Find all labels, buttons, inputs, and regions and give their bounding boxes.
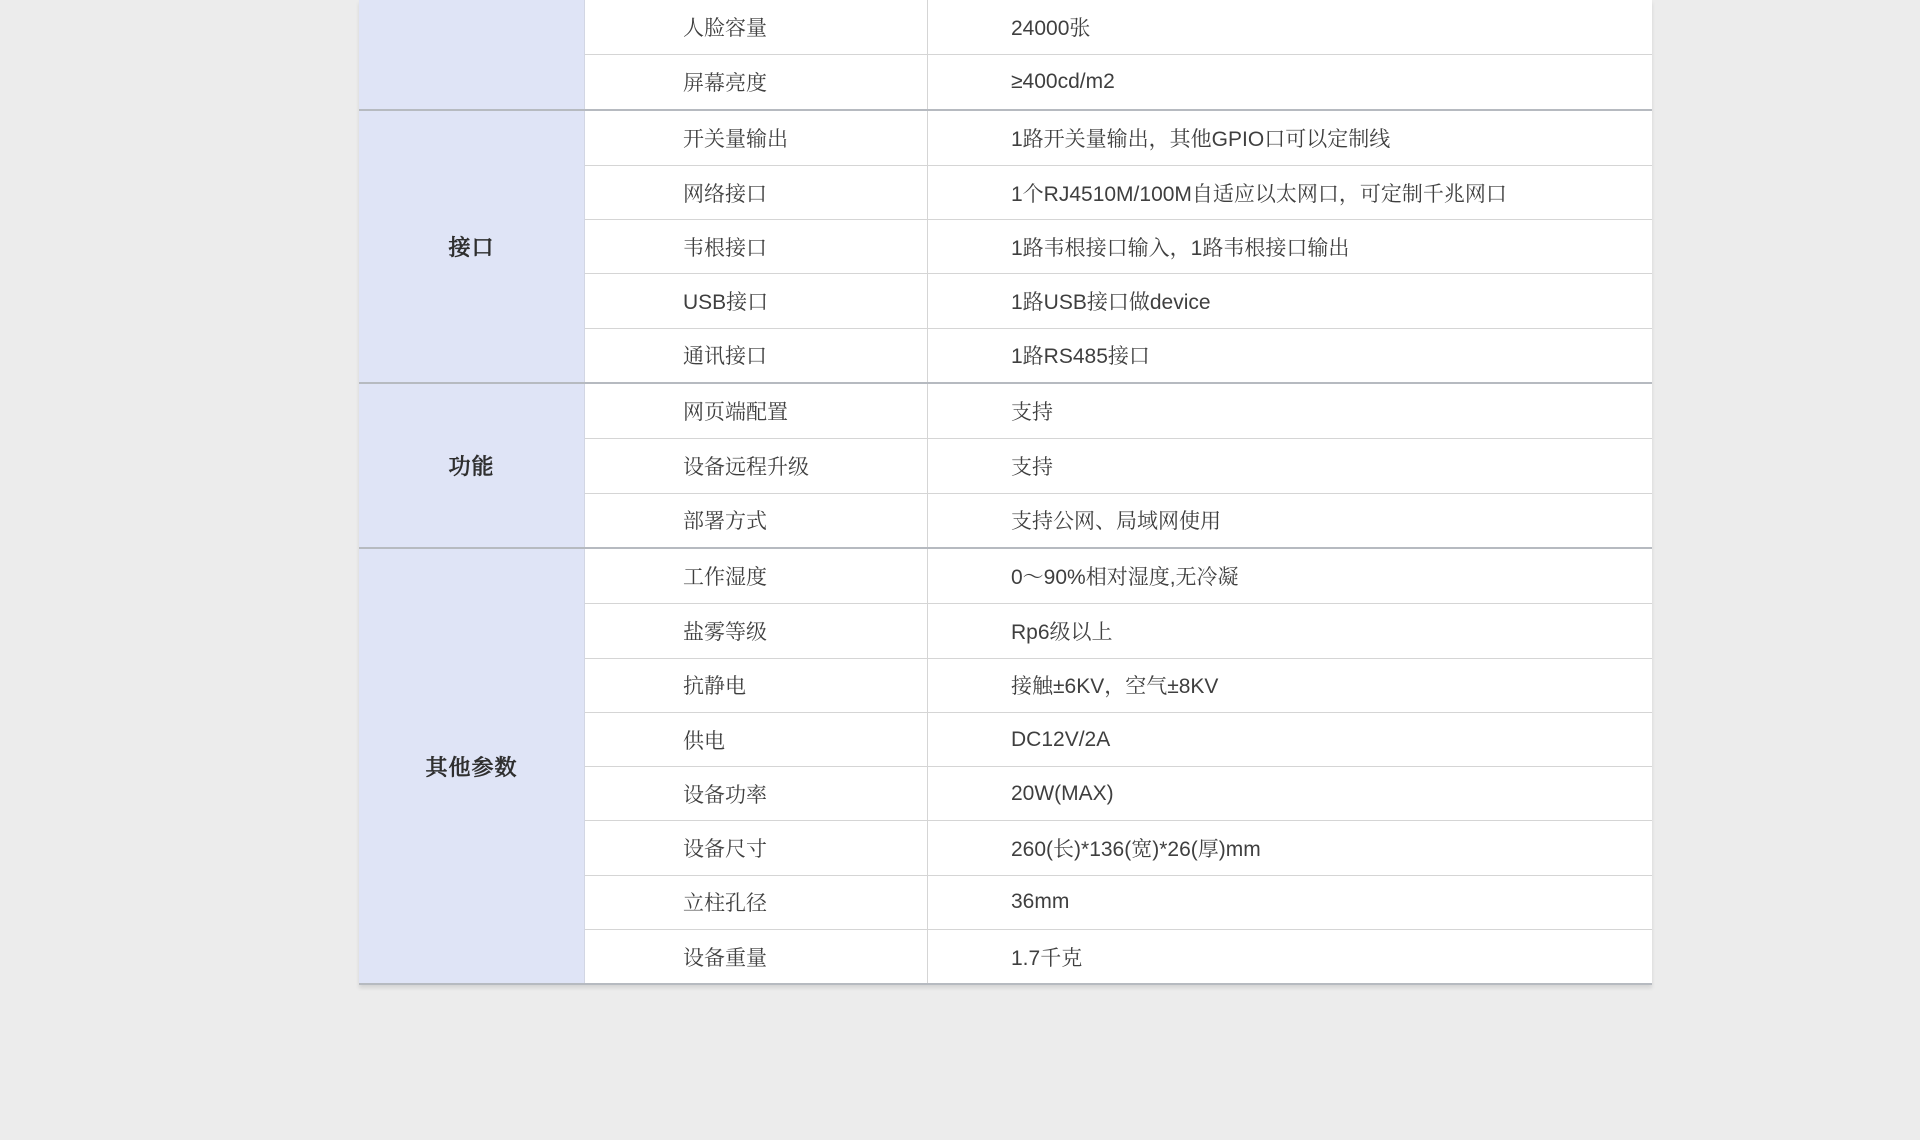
param-value-cell: 260(长)*136(宽)*26(厚)mm — [928, 821, 1652, 874]
section-rows: 工作湿度 0～90%相对湿度,无冷凝 盐雾等级 Rp6级以上 抗静电 接触±6K… — [585, 549, 1652, 983]
table-row: 立柱孔径 36mm — [585, 875, 1652, 929]
param-name-cell: 开关量输出 — [585, 111, 928, 165]
section-rows: 开关量输出 1路开关量输出，其他GPIO口可以定制线 网络接口 1个RJ4510… — [585, 111, 1652, 382]
param-value-cell: 1个RJ4510M/100M自适应以太网口，可定制千兆网口 — [928, 166, 1652, 219]
param-name-cell: 韦根接口 — [585, 220, 928, 273]
param-value: 0～90%相对湿度,无冷凝 — [1011, 561, 1239, 591]
table-row: 人脸容量 24000张 — [585, 0, 1652, 54]
param-value: 24000张 — [1011, 12, 1090, 42]
table-row: 抗静电 接触±6KV，空气±8KV — [585, 658, 1652, 712]
param-name: 网络接口 — [683, 178, 767, 208]
param-value-cell: 支持公网、局域网使用 — [928, 494, 1652, 547]
category-cell — [359, 0, 585, 109]
param-name: 人脸容量 — [683, 12, 767, 42]
param-name-cell: 工作湿度 — [585, 549, 928, 603]
param-value: 260(长)*136(宽)*26(厚)mm — [1011, 833, 1261, 863]
param-name: 工作湿度 — [683, 561, 767, 591]
table-row: 通讯接口 1路RS485接口 — [585, 328, 1652, 382]
param-name: 设备重量 — [683, 942, 767, 972]
param-value: DC12V/2A — [1011, 728, 1110, 752]
param-name-cell: 部署方式 — [585, 494, 928, 547]
param-value-cell: 1路韦根接口输入，1路韦根接口输出 — [928, 220, 1652, 273]
table-row: 设备重量 1.7千克 — [585, 929, 1652, 983]
param-name: 开关量输出 — [683, 123, 788, 153]
param-name: 盐雾等级 — [683, 616, 767, 646]
param-value: 1路USB接口做device — [1011, 286, 1211, 316]
category-label: 接口 — [448, 231, 494, 262]
param-value: 1路RS485接口 — [1011, 340, 1150, 370]
table-row: 网页端配置 支持 — [585, 384, 1652, 438]
param-name: 网页端配置 — [683, 396, 788, 426]
spec-section-function: 功能 网页端配置 支持 设备远程升级 支持 部署方式 支持公网、局域网使用 — [359, 382, 1652, 547]
param-value-cell: 20W(MAX) — [928, 767, 1652, 820]
param-name: 抗静电 — [683, 670, 746, 700]
param-value: 接触±6KV，空气±8KV — [1011, 670, 1218, 700]
param-name: USB接口 — [683, 286, 768, 316]
table-row: 设备功率 20W(MAX) — [585, 766, 1652, 820]
spec-section-interface: 接口 开关量输出 1路开关量输出，其他GPIO口可以定制线 网络接口 1个RJ4… — [359, 109, 1652, 382]
param-value: 支持 — [1011, 451, 1053, 481]
param-value-cell: DC12V/2A — [928, 713, 1652, 766]
table-row: 供电 DC12V/2A — [585, 712, 1652, 766]
param-name-cell: 盐雾等级 — [585, 604, 928, 657]
table-row: 设备尺寸 260(长)*136(宽)*26(厚)mm — [585, 820, 1652, 874]
param-name: 韦根接口 — [683, 232, 767, 262]
category-label: 其他参数 — [425, 751, 517, 782]
param-name-cell: 设备功率 — [585, 767, 928, 820]
param-value-cell: 1路RS485接口 — [928, 329, 1652, 382]
category-cell: 接口 — [359, 111, 585, 382]
param-name-cell: 抗静电 — [585, 659, 928, 712]
param-value-cell: 0～90%相对湿度,无冷凝 — [928, 549, 1652, 603]
param-name-cell: 网页端配置 — [585, 384, 928, 438]
param-name: 设备远程升级 — [683, 451, 809, 481]
param-name: 立柱孔径 — [683, 887, 767, 917]
category-cell: 功能 — [359, 384, 585, 547]
spec-section-other: 其他参数 工作湿度 0～90%相对湿度,无冷凝 盐雾等级 Rp6级以上 抗静电 … — [359, 547, 1652, 983]
param-value: 支持公网、局域网使用 — [1011, 505, 1221, 535]
section-rows: 人脸容量 24000张 屏幕亮度 ≥400cd/m2 — [585, 0, 1652, 109]
param-name-cell: 供电 — [585, 713, 928, 766]
category-cell: 其他参数 — [359, 549, 585, 983]
param-value-cell: 支持 — [928, 439, 1652, 492]
table-row: 设备远程升级 支持 — [585, 438, 1652, 492]
table-row: 工作湿度 0～90%相对湿度,无冷凝 — [585, 549, 1652, 603]
param-value-cell: 1路USB接口做device — [928, 274, 1652, 327]
param-name-cell: USB接口 — [585, 274, 928, 327]
param-value-cell: 1.7千克 — [928, 930, 1652, 983]
param-value-cell: 36mm — [928, 876, 1652, 929]
spec-section-top: 人脸容量 24000张 屏幕亮度 ≥400cd/m2 — [359, 0, 1652, 109]
param-value-cell: 接触±6KV，空气±8KV — [928, 659, 1652, 712]
table-row: 屏幕亮度 ≥400cd/m2 — [585, 54, 1652, 108]
param-value: 1路开关量输出，其他GPIO口可以定制线 — [1011, 123, 1390, 153]
param-name-cell: 人脸容量 — [585, 0, 928, 54]
category-label: 功能 — [448, 450, 494, 481]
param-name: 设备功率 — [683, 779, 767, 809]
param-value: 1个RJ4510M/100M自适应以太网口，可定制千兆网口 — [1011, 178, 1507, 208]
param-value-cell: 1路开关量输出，其他GPIO口可以定制线 — [928, 111, 1652, 165]
param-name: 设备尺寸 — [683, 833, 767, 863]
table-row: 开关量输出 1路开关量输出，其他GPIO口可以定制线 — [585, 111, 1652, 165]
param-name: 部署方式 — [683, 505, 767, 535]
table-row: USB接口 1路USB接口做device — [585, 273, 1652, 327]
table-row: 盐雾等级 Rp6级以上 — [585, 603, 1652, 657]
param-value: 36mm — [1011, 890, 1069, 914]
param-value-cell: 24000张 — [928, 0, 1652, 54]
param-name: 供电 — [683, 725, 725, 755]
param-name-cell: 设备重量 — [585, 930, 928, 983]
param-name-cell: 网络接口 — [585, 166, 928, 219]
table-row: 部署方式 支持公网、局域网使用 — [585, 493, 1652, 547]
param-value: 1.7千克 — [1011, 942, 1082, 972]
param-name-cell: 屏幕亮度 — [585, 55, 928, 108]
param-value-cell: Rp6级以上 — [928, 604, 1652, 657]
spec-table: 人脸容量 24000张 屏幕亮度 ≥400cd/m2 接口 开关量输出 1路开关… — [359, 0, 1652, 985]
param-value-cell: ≥400cd/m2 — [928, 55, 1652, 108]
param-name-cell: 通讯接口 — [585, 329, 928, 382]
param-name: 通讯接口 — [683, 340, 767, 370]
table-row: 网络接口 1个RJ4510M/100M自适应以太网口，可定制千兆网口 — [585, 165, 1652, 219]
section-rows: 网页端配置 支持 设备远程升级 支持 部署方式 支持公网、局域网使用 — [585, 384, 1652, 547]
param-value: 20W(MAX) — [1011, 782, 1114, 806]
param-name: 屏幕亮度 — [683, 67, 767, 97]
param-value: Rp6级以上 — [1011, 616, 1113, 646]
param-name-cell: 设备远程升级 — [585, 439, 928, 492]
param-value-cell: 支持 — [928, 384, 1652, 438]
param-value: 1路韦根接口输入，1路韦根接口输出 — [1011, 232, 1349, 262]
param-value: ≥400cd/m2 — [1011, 70, 1115, 94]
param-name-cell: 设备尺寸 — [585, 821, 928, 874]
table-row: 韦根接口 1路韦根接口输入，1路韦根接口输出 — [585, 219, 1652, 273]
param-value: 支持 — [1011, 396, 1053, 426]
param-name-cell: 立柱孔径 — [585, 876, 928, 929]
